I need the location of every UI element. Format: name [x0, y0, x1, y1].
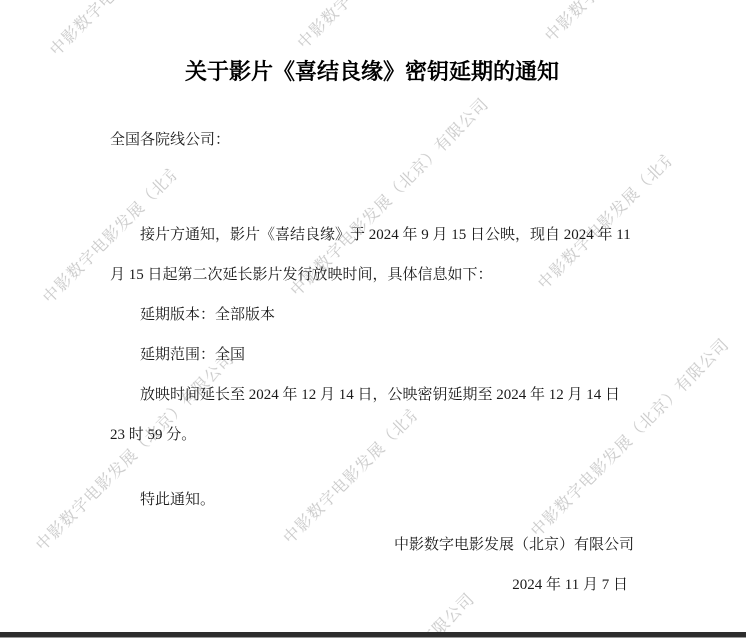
body-line-1: 接片方通知，影片《喜结良缘》于 2024 年 9 月 15 日公映，现自 202… — [110, 215, 634, 255]
deadline-time-line: 23 时 59 分。 — [110, 415, 634, 455]
extension-scope-line: 延期范围：全国 — [110, 335, 634, 375]
document-title: 关于影片《喜结良缘》密钥延期的通知 — [110, 52, 634, 92]
salutation-line: 全国各院线公司： — [110, 120, 634, 160]
body-line-2: 月 15 日起第二次延长影片发行放映时间，具体信息如下： — [110, 255, 634, 295]
sign-date: 2024 年 11 月 7 日 — [110, 565, 634, 605]
extension-version-line: 延期版本：全部版本 — [110, 295, 634, 335]
screening-deadline-line: 放映时间延长至 2024 年 12 月 14 日，公映密钥延期至 2024 年 … — [110, 375, 634, 415]
signer-name: 中影数字电影发展（北京）有限公司 — [110, 525, 634, 565]
closing-line: 特此通知。 — [110, 480, 634, 520]
document-content: 关于影片《喜结良缘》密钥延期的通知 全国各院线公司： 接片方通知，影片《喜结良缘… — [0, 0, 746, 605]
window-bottom-edge — [0, 632, 746, 638]
notice-document-page: 中影数字电影发展（北京）有限公司 中影数字电影发展（北京）有限公司 关于影片《喜… — [0, 0, 746, 638]
